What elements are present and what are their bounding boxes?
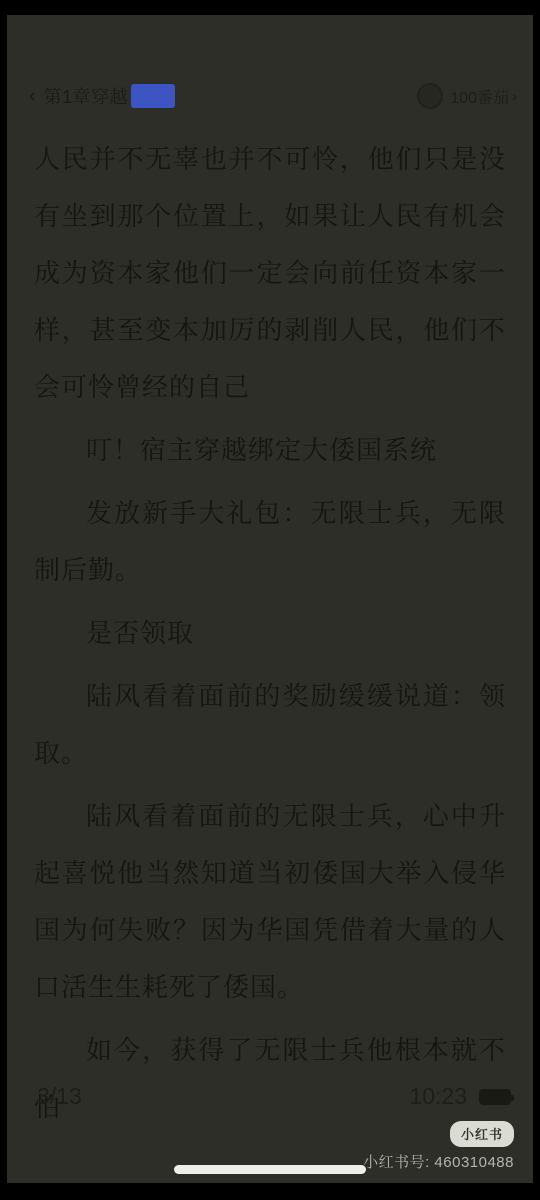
back-chevron-icon[interactable]: ‹ <box>29 83 36 109</box>
paragraph: 陆风看着面前的奖励缓缓说道：领取。 <box>34 668 506 782</box>
xiaohongshu-badge: 小红书 <box>450 1121 514 1147</box>
reader-header: ‹ 第1章穿越 100番茄 › <box>29 83 517 109</box>
paragraph: 叮！宿主穿越绑定大倭国系统 <box>34 422 506 479</box>
chevron-right-icon: › <box>512 88 517 105</box>
paragraph: 如今，获得了无限士兵他根本就不怕 <box>34 1022 506 1136</box>
reader-screen: ‹ 第1章穿越 100番茄 › 人民并不无辜也并不可怜，他们只是没有坐到那个位置… <box>7 15 533 1183</box>
footer-right: 10:23 <box>409 1083 511 1110</box>
reader-page[interactable]: 人民并不无辜也并不可怜，他们只是没有坐到那个位置上，如果让人民有机会成为资本家他… <box>34 131 506 1142</box>
paragraph: 是否领取 <box>34 605 506 662</box>
reader-footer: 3/13 10:23 <box>37 1083 511 1110</box>
paragraph: 人民并不无辜也并不可怜，他们只是没有坐到那个位置上，如果让人民有机会成为资本家他… <box>34 131 506 416</box>
home-indicator-bar[interactable] <box>174 1165 366 1174</box>
page-indicator: 3/13 <box>37 1083 82 1110</box>
watermark: 小红书 小红书号: 460310488 <box>363 1121 514 1172</box>
header-left: ‹ 第1章穿越 <box>29 83 175 109</box>
chapter-title: 第1章穿越 <box>44 83 129 109</box>
clock-time: 10:23 <box>409 1083 467 1110</box>
coin-icon <box>417 83 443 109</box>
redaction-highlight <box>131 84 175 108</box>
xiaohongshu-id: 小红书号: 460310488 <box>363 1151 514 1172</box>
reward-badge[interactable]: 100番茄 › <box>417 83 517 109</box>
paragraph: 发放新手大礼包：无限士兵，无限制后勤。 <box>34 485 506 599</box>
reward-label: 100番茄 <box>450 85 509 108</box>
battery-icon <box>479 1089 511 1105</box>
paragraph: 陆风看着面前的无限士兵，心中升起喜悦他当然知道当初倭国大举入侵华国为何失败？因为… <box>34 788 506 1016</box>
